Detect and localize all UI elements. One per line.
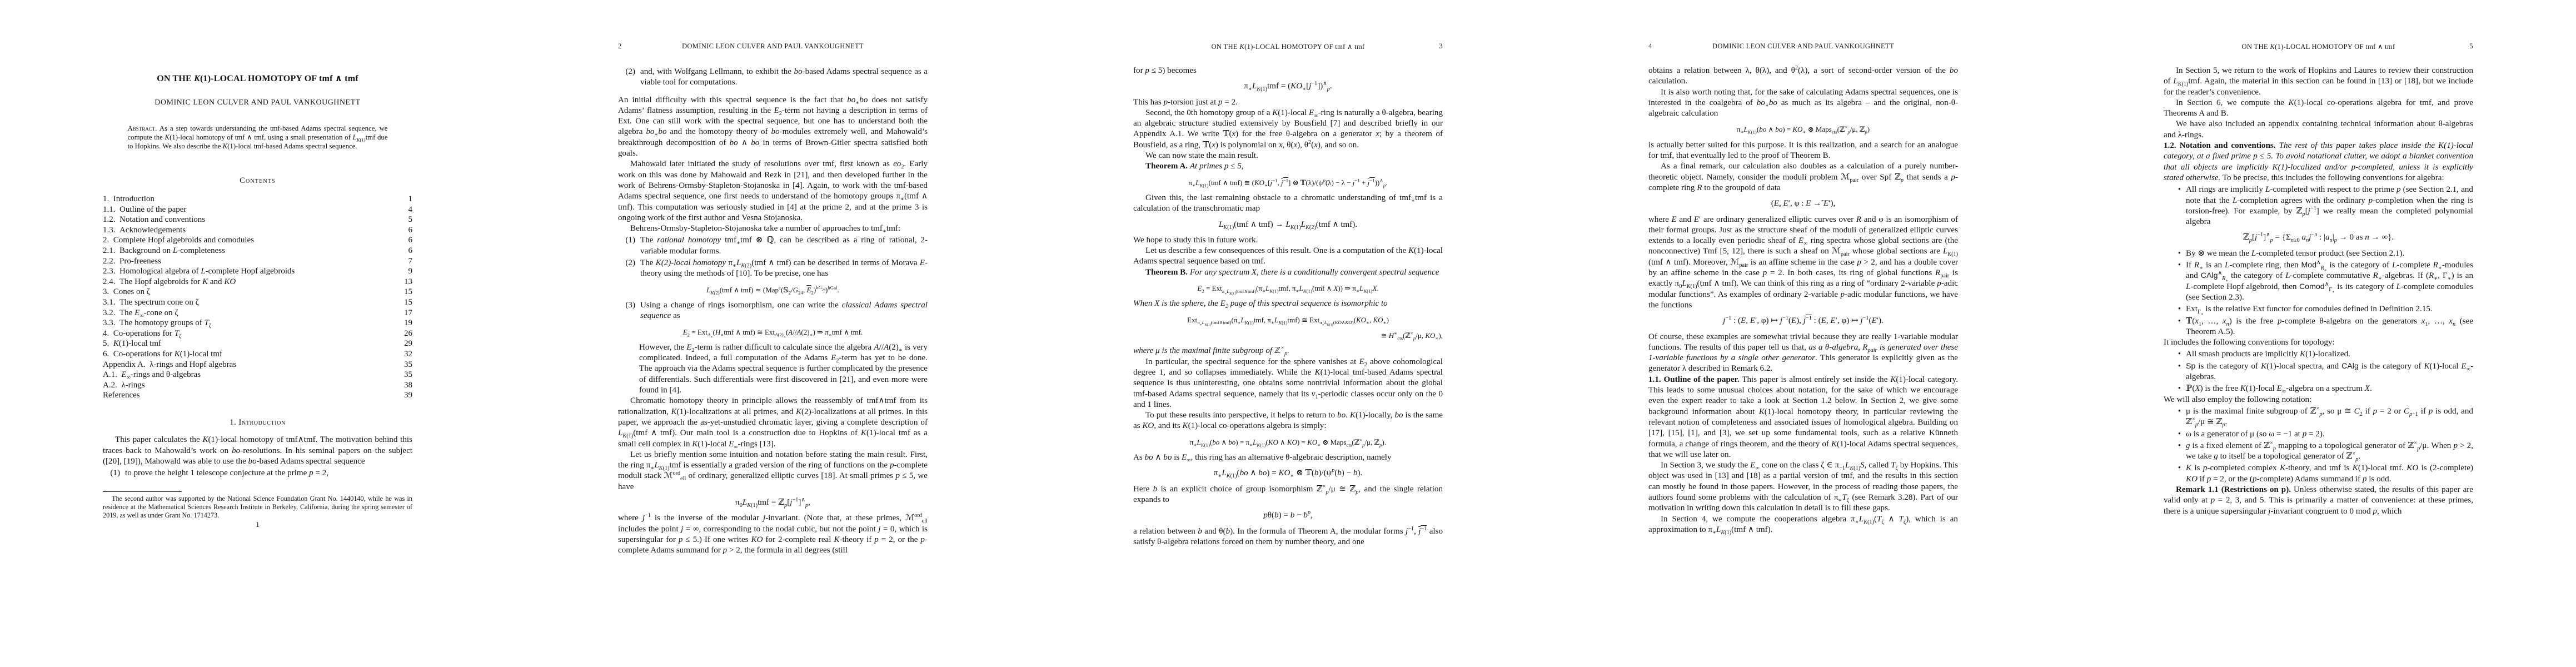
toc-entry: 2.1. Background on L-completeness6: [103, 246, 412, 256]
page-number: 3: [1439, 42, 1443, 51]
display-equation: π∗LK(1)(bo ∧ bo) = π∗LK(1)(KO ∧ KO) = KO…: [1133, 437, 1443, 447]
running-head: ON THE K(1)-LOCAL HOMOTOPY OF tmf ∧ tmf3: [1133, 42, 1443, 51]
page-number: 4: [1648, 42, 1652, 51]
page-body: obtains a relation between λ, θ(λ), and …: [1648, 66, 1958, 535]
display-equation: ≅ H∗cts(ℤ×p/μ, KO∗),: [1133, 330, 1443, 341]
list-item-text: ℙ(X) is the free K(1)-local E∞-algebra o…: [2186, 384, 2473, 394]
display-equation: π∗LK(1)(bo ∧ bo) = KO∗ ⊗ Mapscts(ℤ×p/μ, …: [1648, 124, 1958, 135]
toc-entry: 3.1. The spectrum cone on ζ15: [103, 297, 412, 308]
display-equation: E2 = ExtA∗(H∗tmf ∧ tmf) ≅ ExtA(2)∗(A//A(…: [618, 327, 928, 337]
list-item-marker: •: [2164, 463, 2186, 485]
page-number: 1: [103, 520, 412, 529]
paragraph: In Section 6, we compute the K(1)-local …: [2164, 98, 2473, 120]
toc-entry-page: 39: [404, 390, 412, 401]
toc-entry-label: 3.3. The homotopy groups of Tζ: [103, 318, 404, 328]
toc-entry-page: 15: [404, 297, 412, 308]
page-2: 2DOMINIC LEON CULVER AND PAUL VANKOUGHNE…: [515, 0, 1030, 667]
display-equation: E2 = Extπ∗LK(1)(tmf∧tmf)(π∗LK(1)tmf, π∗L…: [1133, 283, 1443, 293]
display-equation: ℤp[j−1]∧p = {Σn≥0 anj−n : |an|p → 0 as n…: [2164, 232, 2473, 243]
list-item-text: Using a change of rings isomorphism, one…: [640, 300, 928, 322]
page-number: 2: [618, 42, 622, 51]
running-head: 2DOMINIC LEON CULVER AND PAUL VANKOUGHNE…: [618, 42, 928, 51]
list-item-text: g is a fixed element of ℤ×p mapping to a…: [2186, 441, 2473, 462]
paragraph: We will also employ the following notati…: [2164, 395, 2473, 405]
toc-entry-page: 9: [408, 266, 413, 277]
list-item-marker: •: [2164, 260, 2186, 303]
table-of-contents: 1. Introduction11.1. Outline of the pape…: [103, 194, 412, 401]
paragraph: We hope to study this in future work.: [1133, 235, 1443, 246]
toc-entry: 1.3. Acknowledgements6: [103, 225, 412, 236]
subsection-label: 1.2. Notation and conventions.: [2164, 141, 2276, 150]
toc-entry-page: 17: [404, 308, 412, 318]
list-item-marker: •: [2164, 304, 2186, 315]
list-item-marker: •: [2164, 429, 2186, 440]
paragraph: Let us briefly mention some intuition an…: [618, 450, 928, 492]
paragraph: Let us describe a few consequences of th…: [1133, 246, 1443, 267]
list-item-text: If R∗ is an L-complete ring, then Mod∧R∗…: [2186, 260, 2473, 303]
paragraph: To put these results into perspective, i…: [1133, 410, 1443, 432]
list-item-marker: (2): [618, 258, 640, 280]
toc-entry: 3. Cones on ζ15: [103, 287, 412, 297]
page-number: 5: [2469, 42, 2473, 51]
list-item-marker: •: [2164, 406, 2186, 428]
display-equation: pθ(b) = b − bp,: [1133, 510, 1443, 521]
paragraph: is actually better suited for this purpo…: [1648, 140, 1958, 162]
list-item: •𝕋(x1, …, xn) is the free p-complete θ-a…: [2164, 316, 2473, 338]
list-item-marker: (2): [618, 67, 640, 88]
display-equation: LK(2)(tmf ∧ tmf) ≃ (Mapc(𝕊2/G24, E2)hG24…: [618, 285, 928, 295]
abstract-label: Abstract.: [128, 125, 157, 132]
toc-entry-page: 35: [404, 360, 412, 370]
list-item-text: All smash products are implicitly K(1)-l…: [2186, 349, 2473, 360]
theorem-label: Theorem A.: [1145, 162, 1188, 171]
paragraph: We have also included an appendix contai…: [2164, 119, 2473, 141]
list-item-text: to prove the height 1 telescope conjectu…: [125, 468, 412, 479]
paragraph: We can now state the main result.: [1133, 151, 1443, 161]
toc-entry-page: 38: [404, 380, 412, 391]
toc-entry: 3.3. The homotopy groups of Tζ19: [103, 318, 412, 328]
toc-entry-page: 29: [404, 339, 412, 349]
toc-entry-page: 6: [408, 225, 413, 236]
toc-entry-label: 5. K(1)-local tmf: [103, 339, 404, 349]
list-item: •By ⊗ we mean the L-completed tensor pro…: [2164, 248, 2473, 259]
page-5: ON THE K(1)-LOCAL HOMOTOPY OF tmf ∧ tmf5…: [2061, 0, 2576, 667]
theorem-label: Remark 1.1 (Restrictions on p).: [2176, 485, 2291, 494]
toc-entry-label: 4. Co-operations for Tζ: [103, 328, 404, 339]
list-item: •All smash products are implicitly K(1)-…: [2164, 349, 2473, 360]
display-equation: π∗LK(1)(tmf ∧ tmf) ≅ (KO∗[j−1, j−1] ⊗ 𝕋(…: [1133, 177, 1443, 188]
subsection-text: To be precise, this includes the followi…: [2223, 173, 2444, 182]
toc-entry: 2.3. Homological algebra of L-complete H…: [103, 266, 412, 277]
remark: Remark 1.1 (Restrictions on p). Unless o…: [2164, 485, 2473, 517]
list-item: •ω is a generator of μ (so ω = −1 at p =…: [2164, 429, 2473, 440]
theorem-label: Theorem B.: [1145, 268, 1188, 277]
theorem-text: where μ is the maximal finite subgroup o…: [1133, 346, 1443, 356]
list-item-text: The rational homotopy tmf∗tmf ⊗ ℚ, can b…: [640, 235, 928, 257]
arxiv-paper-screenshot: { "watermark": "arXiv:1908.01904v1 [math…: [0, 0, 2576, 667]
paragraph: for p ≤ 5) becomes: [1133, 66, 1443, 76]
toc-entry-page: 19: [404, 318, 412, 328]
list-item: (1)The rational homotopy tmf∗tmf ⊗ ℚ, ca…: [618, 235, 928, 257]
toc-entry-label: A.1. E∞-rings and θ-algebras: [103, 370, 404, 380]
list-item-marker: •: [2164, 248, 2186, 259]
list-item-marker: •: [2164, 361, 2186, 383]
subsection-text: This paper is almost entirely set inside…: [1648, 375, 1958, 459]
list-item: •All rings are implicitly L-completed wi…: [2164, 185, 2473, 227]
paragraph: It is also worth noting that, for the sa…: [1648, 87, 1958, 120]
authors-line: DOMINIC LEON CULVER AND PAUL VANKOUGHNET…: [103, 97, 412, 108]
paragraph: This paper calculates the K(1)-local hom…: [103, 435, 412, 467]
toc-entry-label: 3. Cones on ζ: [103, 287, 404, 297]
paragraph: where E and E′ are ordinary generalized …: [1648, 215, 1958, 311]
toc-entry: Appendix A. λ-rings and Hopf algebras35: [103, 360, 412, 370]
toc-entry-page: 15: [404, 287, 412, 297]
paragraph: An initial difficulty with this spectral…: [618, 95, 928, 160]
list-item-text: ω is a generator of μ (so ω = −1 at p = …: [2186, 429, 2473, 440]
paragraph: In Section 5, we return to the work of H…: [2164, 66, 2473, 98]
list-item: •ExtΓ∗ is the relative Ext functor for c…: [2164, 304, 2473, 315]
display-equation: (E, E′, φ : E →̃ E′),: [1648, 198, 1958, 209]
toc-entry: A.2. λ-rings38: [103, 380, 412, 391]
toc-entry: 1.2. Notation and conventions5: [103, 215, 412, 225]
page-4: 4DOMINIC LEON CULVER AND PAUL VANKOUGHNE…: [1546, 0, 2061, 667]
toc-entry-page: 7: [408, 256, 413, 267]
paragraph: where j−1 is the inverse of the modular …: [618, 513, 928, 556]
paragraph: As bo ∧ bo is E∞, this ring has an alter…: [1133, 452, 1443, 463]
theorem: Theorem B. For any spectrum X, there is …: [1133, 267, 1443, 278]
display-equation: π∗LK(1)(bo ∧ bo) = KO∗ ⊗ 𝕋(b)/(ψp(b) − b…: [1133, 468, 1443, 479]
paragraph: a relation between b and θ(b). In the fo…: [1133, 526, 1443, 548]
toc-entry: 1. Introduction1: [103, 194, 412, 205]
toc-entry-label: 2.2. Pro-freeness: [103, 256, 408, 267]
list-item-text: All rings are implicitly L-completed wit…: [2186, 185, 2473, 227]
paragraph: In Section 3, we study the E∞ cone on th…: [1648, 460, 1958, 514]
list-item-text: and, with Wolfgang Lellmann, to exhibit …: [640, 67, 928, 88]
running-head: ON THE K(1)-LOCAL HOMOTOPY OF tmf ∧ tmf5: [2164, 42, 2473, 51]
paragraph: It includes the following conventions fo…: [2164, 337, 2473, 348]
paragraph: Second, the 0th homotopy group of a K(1)…: [1133, 108, 1443, 151]
list-item-text: μ is the maximal finite subgroup of ℤ×p,…: [2186, 406, 2473, 428]
page-body: ON THE K(1)-LOCAL HOMOTOPY OF tmf ∧ tmfD…: [103, 73, 412, 479]
display-equation: π∗LK(1)tmf = (KO∗[j−1])∧p.: [1133, 81, 1443, 92]
toc-entry: 3.2. The E∞-cone on ζ17: [103, 308, 412, 318]
toc-entry-page: 32: [404, 349, 412, 360]
paragraph: Chromatic homotopy theory in principle a…: [618, 396, 928, 449]
paragraph: Given this, the last remaining obstacle …: [1133, 193, 1443, 215]
toc-entry-page: 5: [408, 215, 413, 225]
paragraph: In Section 4, we compute the cooperation…: [1648, 514, 1958, 536]
display-equation: LK(1)(tmf ∧ tmf) → LK(1)LK(2)(tmf ∧ tmf)…: [1133, 220, 1443, 230]
toc-entry-page: 4: [408, 205, 413, 215]
list-item-text: ExtΓ∗ is the relative Ext functor for co…: [2186, 304, 2473, 315]
paragraph: In particular, the spectral sequence for…: [1133, 357, 1443, 410]
page-body: In Section 5, we return to the work of H…: [2164, 66, 2473, 517]
list-item: (3)Using a change of rings isomorphism, …: [618, 300, 928, 322]
toc-entry: A.1. E∞-rings and θ-algebras35: [103, 370, 412, 380]
list-item-marker: •: [2164, 349, 2186, 360]
list-item-marker: (1): [103, 468, 125, 479]
toc-entry-label: 1.3. Acknowledgements: [103, 225, 408, 236]
list-item-text: By ⊗ we mean the L-completed tensor prod…: [2186, 248, 2473, 259]
page-3: ON THE K(1)-LOCAL HOMOTOPY OF tmf ∧ tmf3…: [1030, 0, 1546, 667]
paragraph: Here b is an explicit choice of group is…: [1133, 484, 1443, 506]
list-item: (2)The K(2)-local homotopy π∗LK(2)(tmf ∧…: [618, 258, 928, 280]
page-1: The second author was supported by the N…: [0, 0, 515, 667]
subsection: 1.1. Outline of the paper. This paper is…: [1648, 375, 1958, 460]
toc-entry-label: 2. Complete Hopf algebroids and comodule…: [103, 235, 408, 246]
running-head-title: DOMINIC LEON CULVER AND PAUL VANKOUGHNET…: [1712, 42, 1894, 50]
paragraph: This has p-torsion just at p = 2.: [1133, 97, 1443, 108]
theorem-text: When X is the sphere, the E2 page of thi…: [1133, 298, 1443, 309]
toc-entry-label: 3.1. The spectrum cone on ζ: [103, 297, 404, 308]
toc-entry-label: 6. Co-operations for K(1)-local tmf: [103, 349, 404, 360]
section-heading: 1. Introduction: [103, 417, 412, 428]
list-item-marker: (1): [618, 235, 640, 257]
toc-entry: 5. K(1)-local tmf29: [103, 339, 412, 349]
toc-entry: References39: [103, 390, 412, 401]
list-item-text: 𝕋(x1, …, xn) is the free p-complete θ-al…: [2186, 316, 2473, 338]
list-item: •g is a fixed element of ℤ×p mapping to …: [2164, 441, 2473, 462]
list-item-text: K is p-completed complex K-theory, and t…: [2186, 463, 2473, 485]
toc-entry: 2.2. Pro-freeness7: [103, 256, 412, 267]
toc-entry-label: A.2. λ-rings: [103, 380, 404, 391]
toc-entry-label: References: [103, 390, 404, 401]
toc-entry-label: 2.3. Homological algebra of L-complete H…: [103, 266, 408, 277]
list-item: •Sp is the category of K(1)-local spectr…: [2164, 361, 2473, 383]
abstract: Abstract. As a step towards understandin…: [128, 124, 388, 151]
list-item-text: Sp is the category of K(1)-local spectra…: [2186, 361, 2473, 383]
contents-heading: Contents: [103, 176, 412, 186]
subsection-label: 1.1. Outline of the paper.: [1648, 375, 1740, 384]
list-item: (1)to prove the height 1 telescope conje…: [103, 468, 412, 479]
running-head-title: DOMINIC LEON CULVER AND PAUL VANKOUGHNET…: [682, 42, 864, 50]
toc-entry-label: 2.1. Background on L-completeness: [103, 246, 408, 256]
list-item: (2)and, with Wolfgang Lellmann, to exhib…: [618, 67, 928, 88]
toc-entry: 2.4. The Hopf algebroids for K and KO13: [103, 277, 412, 287]
list-item-marker: •: [2164, 316, 2186, 338]
running-head: 4DOMINIC LEON CULVER AND PAUL VANKOUGHNE…: [1648, 42, 1958, 51]
list-item-marker: •: [2164, 185, 2186, 227]
list-item: •ℙ(X) is the free K(1)-local E∞-algebra …: [2164, 384, 2473, 394]
theorem: Theorem A. At primes p ≤ 5,: [1133, 161, 1443, 172]
paragraph: obtains a relation between λ, θ(λ), and …: [1648, 66, 1958, 87]
toc-entry-label: 2.4. The Hopf algebroids for K and KO: [103, 277, 404, 287]
running-head-title: ON THE K(1)-LOCAL HOMOTOPY OF tmf ∧ tmf: [1212, 43, 1365, 51]
paragraph: However, the E2-term is rather difficult…: [639, 342, 928, 396]
footnote: The second author was supported by the N…: [103, 495, 412, 520]
list-item-marker: (3): [618, 300, 640, 322]
toc-entry-page: 26: [404, 328, 412, 339]
paragraph: Behrens-Ormsby-Stapleton-Stojanoska take…: [618, 223, 928, 234]
theorem-body: For any spectrum X, there is a condition…: [1190, 268, 1439, 277]
list-item: •If R∗ is an L-complete ring, then Mod∧R…: [2164, 260, 2473, 303]
toc-entry: 6. Co-operations for K(1)-local tmf32: [103, 349, 412, 360]
toc-entry-label: 1.1. Outline of the paper: [103, 205, 408, 215]
toc-entry-page: 13: [404, 277, 412, 287]
display-equation: Extπ∗LK(1)(tmf∧tmf)(π∗LK(1)tmf, π∗LK(1)t…: [1133, 315, 1443, 325]
running-head-title: ON THE K(1)-LOCAL HOMOTOPY OF tmf ∧ tmf: [2242, 43, 2395, 51]
subsection: 1.2. Notation and conventions. The rest …: [2164, 141, 2473, 183]
page-body: (2)and, with Wolfgang Lellmann, to exhib…: [618, 66, 928, 556]
toc-entry-page: 6: [408, 246, 413, 256]
toc-entry-label: 3.2. The E∞-cone on ζ: [103, 308, 404, 318]
theorem-body: At primes p ≤ 5,: [1190, 162, 1244, 171]
paragraph: Of course, these examples are somewhat t…: [1648, 332, 1958, 375]
toc-entry-page: 6: [408, 235, 413, 246]
list-item-marker: •: [2164, 384, 2186, 394]
page-body: for p ≤ 5) becomesπ∗LK(1)tmf = (KO∗[j−1]…: [1133, 66, 1443, 547]
toc-entry-label: 1. Introduction: [103, 194, 408, 205]
display-equation: j−1 : (E, E′, φ) ↦ j−1(E), j−1 : (E, E′,…: [1648, 316, 1958, 326]
toc-entry: 2. Complete Hopf algebroids and comodule…: [103, 235, 412, 246]
toc-entry-label: 1.2. Notation and conventions: [103, 215, 408, 225]
toc-entry: 1.1. Outline of the paper4: [103, 205, 412, 215]
display-equation: π0LK(1)tmf = ℤp[j−1]∧p,: [618, 497, 928, 508]
toc-entry-label: Appendix A. λ-rings and Hopf algebras: [103, 360, 404, 370]
toc-entry: 4. Co-operations for Tζ26: [103, 328, 412, 339]
list-item: •K is p-completed complex K-theory, and …: [2164, 463, 2473, 485]
list-item-text: The K(2)-local homotopy π∗LK(2)(tmf ∧ tm…: [640, 258, 928, 280]
list-item-marker: •: [2164, 441, 2186, 462]
toc-entry-page: 35: [404, 370, 412, 380]
toc-entry-page: 1: [408, 194, 413, 205]
list-item: •μ is the maximal finite subgroup of ℤ×p…: [2164, 406, 2473, 428]
paragraph: As a final remark, our calculation also …: [1648, 161, 1958, 193]
paragraph: Mahowald later initiated the study of re…: [618, 159, 928, 223]
footnote-rule: [103, 491, 182, 492]
paper-title: ON THE K(1)-LOCAL HOMOTOPY OF tmf ∧ tmf: [103, 73, 412, 84]
